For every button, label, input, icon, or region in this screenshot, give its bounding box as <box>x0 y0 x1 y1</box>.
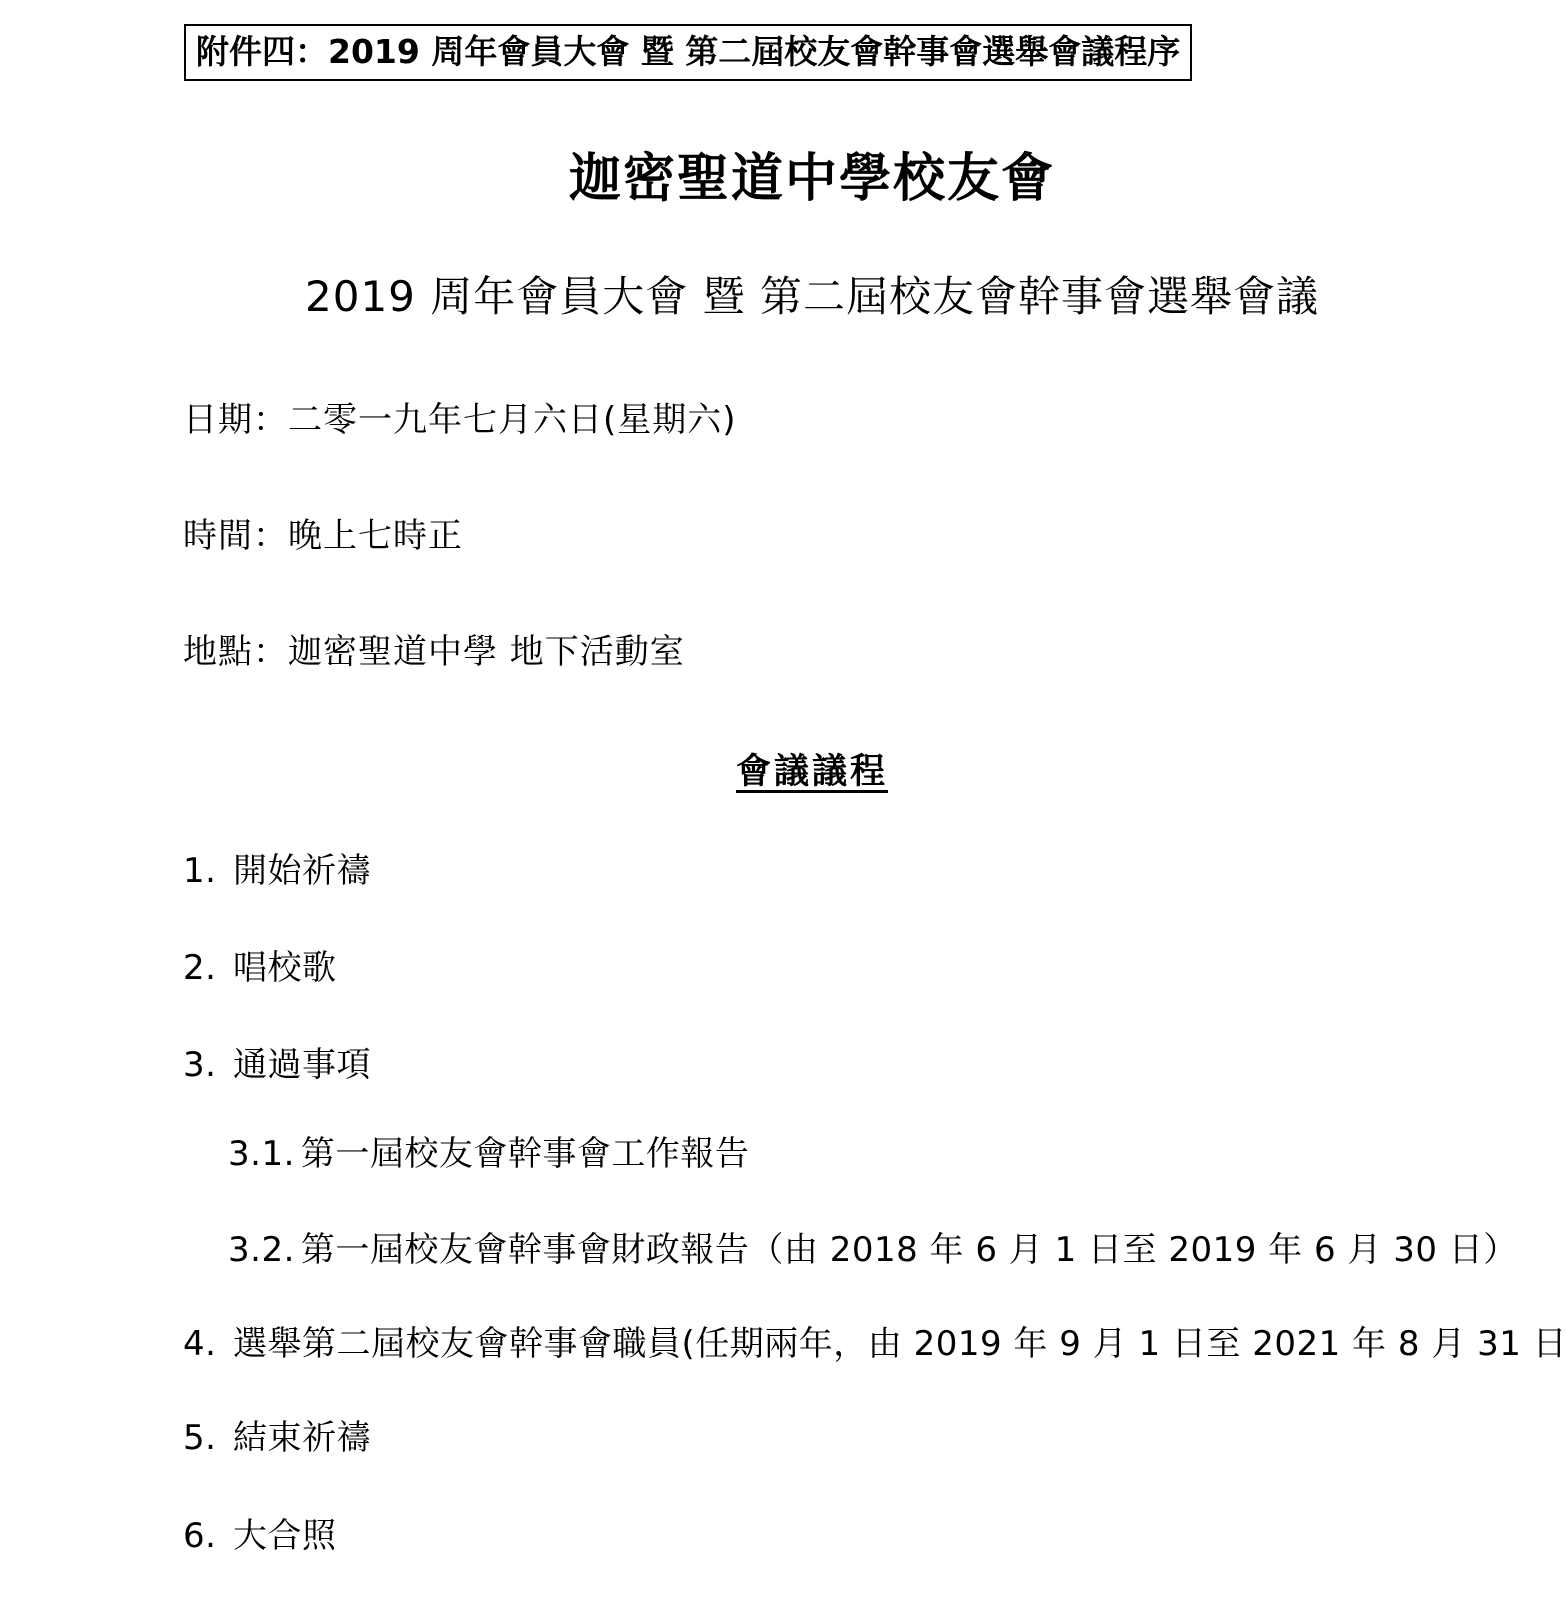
date-line: 日期：二零一九年七月六日(星期六) <box>183 392 737 441</box>
agenda-item: 1. 開始祈禱 <box>183 843 371 892</box>
item-text: 開始祈禱 <box>233 843 371 892</box>
page-title: 迦密聖道中學校友會 <box>183 136 1441 211</box>
time-value: 晚上七時正 <box>288 516 463 556</box>
agenda-subitem: 3.2. 第一屆校友會幹事會財政報告（由 2018 年 6 月 1 日至 201… <box>228 1222 1518 1271</box>
item-text: 大合照 <box>233 1508 337 1557</box>
time-line: 時間：晚上七時正 <box>183 508 463 557</box>
item-number: 3.2. <box>228 1230 295 1270</box>
date-label: 日期： <box>183 400 288 440</box>
page-subtitle: 2019 周年會員大會 暨 第二屆校友會幹事會選舉會議 <box>183 264 1441 324</box>
document-page: 附件四：2019 周年會員大會 暨 第二屆校友會幹事會選舉會議程序 迦密聖道中學… <box>0 0 1566 1600</box>
agenda-heading-text: 會議議程 <box>736 752 888 792</box>
agenda-heading: 會議議程 <box>183 744 1441 794</box>
item-number: 3. <box>183 1045 233 1085</box>
item-text: 結束祈禱 <box>233 1410 371 1459</box>
attachment-label-box: 附件四：2019 周年會員大會 暨 第二屆校友會幹事會選舉會議程序 <box>184 24 1192 81</box>
venue-value: 迦密聖道中學 地下活動室 <box>288 632 685 672</box>
date-value: 二零一九年七月六日(星期六) <box>288 400 737 440</box>
item-number: 6. <box>183 1516 233 1556</box>
item-text: 第一屆校友會幹事會財政報告（由 2018 年 6 月 1 日至 2019 年 6… <box>301 1222 1518 1271</box>
agenda-item: 6. 大合照 <box>183 1508 337 1557</box>
agenda-subitem: 3.1. 第一屆校友會幹事會工作報告 <box>228 1126 749 1175</box>
venue-label: 地點： <box>183 632 288 672</box>
time-label: 時間： <box>183 516 288 556</box>
item-number: 1. <box>183 851 233 891</box>
attachment-label: 附件四：2019 周年會員大會 暨 第二屆校友會幹事會選舉會議程序 <box>196 32 1180 71</box>
agenda-item: 4. 選舉第二屆校友會幹事會職員(任期兩年，由 2019 年 9 月 1 日至 … <box>183 1316 1566 1365</box>
agenda-item: 5. 結束祈禱 <box>183 1410 371 1459</box>
item-number: 5. <box>183 1418 233 1458</box>
agenda-item: 2. 唱校歌 <box>183 940 337 989</box>
item-text: 唱校歌 <box>233 940 337 989</box>
item-text: 第一屆校友會幹事會工作報告 <box>301 1126 750 1175</box>
item-number: 3.1. <box>228 1134 295 1174</box>
item-number: 4. <box>183 1324 233 1364</box>
agenda-item: 3. 通過事項 <box>183 1037 371 1086</box>
venue-line: 地點：迦密聖道中學 地下活動室 <box>183 624 685 673</box>
item-text: 通過事項 <box>233 1037 371 1086</box>
item-text: 選舉第二屆校友會幹事會職員(任期兩年，由 2019 年 9 月 1 日至 202… <box>233 1316 1566 1365</box>
item-number: 2. <box>183 948 233 988</box>
